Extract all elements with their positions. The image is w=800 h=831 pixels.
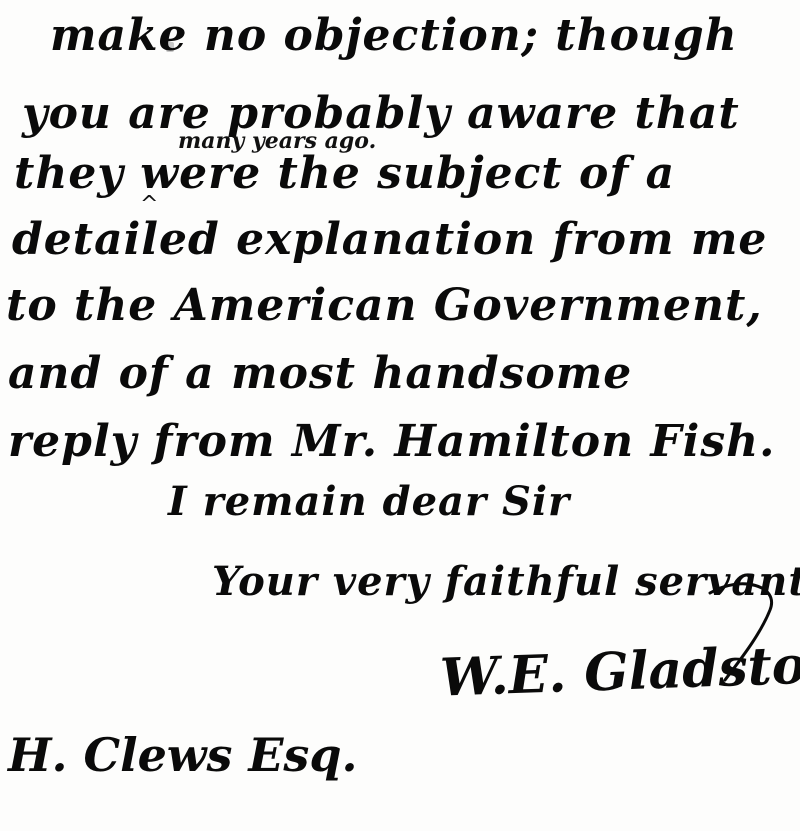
letter-line-4: detailed explanation from me: [12, 214, 767, 265]
letter-line-2: you are probably aware that: [22, 88, 740, 139]
letter-line-5: to the American Government,: [6, 280, 763, 331]
letter-line-7: reply from Mr. Hamilton Fish.: [8, 416, 775, 467]
addressee: H. Clews Esq.: [8, 728, 358, 782]
letter-page: make no objection; though you are probab…: [0, 0, 800, 831]
signature: W.E. Gladstone: [439, 632, 800, 708]
letter-line-1: make no objection; though: [50, 10, 738, 61]
letter-line-6: and of a most handsome: [8, 348, 632, 399]
closing-line-1: I remain dear Sir: [168, 478, 570, 525]
letter-line-3: they were the subject of a: [14, 148, 675, 199]
